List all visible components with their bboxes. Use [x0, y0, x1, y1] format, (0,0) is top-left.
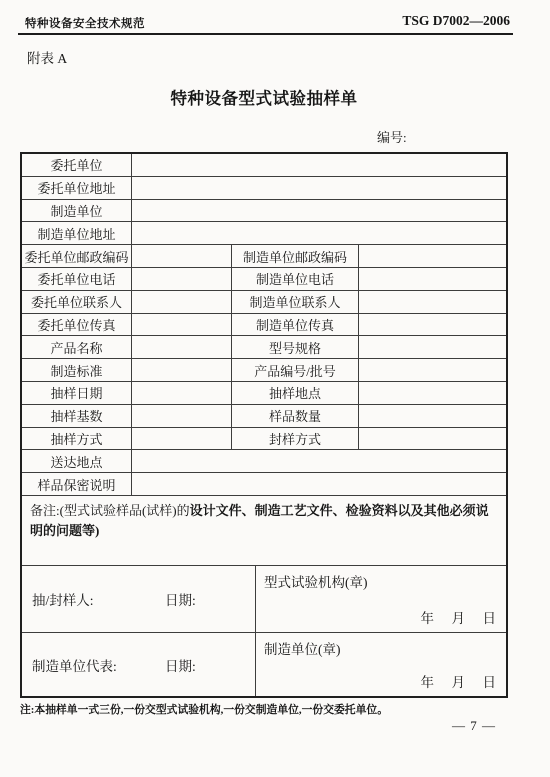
- remark-row: 备注:(型式试验样品(试样)的设计文件、制造工艺文件、检验资料以及其他必须说明的…: [22, 496, 506, 566]
- manufacturer-stamp-cell: 制造单位(章) 年 月 日: [256, 633, 506, 696]
- remark-prefix: 备注:(型式试验样品(试样)的: [30, 503, 190, 518]
- table-row: 送达地点: [22, 450, 506, 473]
- table-row: 样品保密说明: [22, 473, 506, 496]
- row-value-field: [132, 382, 232, 404]
- sampler-label: 抽/封样人:: [32, 589, 94, 609]
- row-label: 抽样地点: [232, 382, 359, 404]
- spec-title: 特种设备安全技术规范: [25, 15, 145, 31]
- date-ymd-fields: 年 月 日: [421, 671, 499, 691]
- row-value-field: [132, 405, 232, 427]
- page-number: — 7 —: [452, 718, 496, 734]
- row-label: 型号规格: [232, 336, 359, 358]
- row-value-field: [359, 245, 506, 267]
- test-org-stamp-cell: 型式试验机构(章) 年 月 日: [256, 566, 506, 632]
- appendix-label: 附表 A: [27, 47, 67, 67]
- row-value-field: [359, 268, 506, 290]
- manufacturer-rep-cell: 制造单位代表: 日期:: [22, 633, 256, 696]
- row-label: 抽样日期: [22, 382, 132, 404]
- table-row: 委托单位邮政编码 制造单位邮政编码: [22, 245, 506, 268]
- sampler-date-label: 日期:: [165, 589, 196, 609]
- table-row: 委托单位联系人 制造单位联系人: [22, 291, 506, 314]
- row-label: 委托单位邮政编码: [22, 245, 132, 267]
- row-value-field: [132, 200, 506, 222]
- sampling-form-table: 委托单位 委托单位地址 制造单位 制造单位地址 委托单位邮政编码 制造单位邮政编…: [20, 152, 508, 698]
- test-org-stamp-label: 型式试验机构(章): [264, 571, 368, 591]
- row-label: 样品数量: [232, 405, 359, 427]
- row-label: 封样方式: [232, 428, 359, 450]
- table-row: 抽样日期 抽样地点: [22, 382, 506, 405]
- row-value-field: [132, 245, 232, 267]
- row-label: 抽样基数: [22, 405, 132, 427]
- row-value-field: [132, 428, 232, 450]
- sampler-signature-row: 抽/封样人: 日期: 型式试验机构(章) 年 月 日: [22, 566, 506, 633]
- row-value-field: [359, 291, 506, 313]
- row-value-field: [132, 473, 506, 495]
- row-label: 委托单位传真: [22, 314, 132, 336]
- row-label: 抽样方式: [22, 428, 132, 450]
- manufacturer-signature-row: 制造单位代表: 日期: 制造单位(章) 年 月 日: [22, 633, 506, 696]
- row-label: 委托单位电话: [22, 268, 132, 290]
- doc-code: TSG D7002—2006: [402, 13, 510, 29]
- row-label: 样品保密说明: [22, 473, 132, 495]
- table-row: 制造单位地址: [22, 222, 506, 245]
- form-number-label: 编号:: [377, 127, 407, 146]
- table-row: 委托单位地址: [22, 177, 506, 200]
- row-value-field: [359, 314, 506, 336]
- row-label: 委托单位联系人: [22, 291, 132, 313]
- table-row: 委托单位电话 制造单位电话: [22, 268, 506, 291]
- row-label: 制造单位邮政编码: [232, 245, 359, 267]
- info-rows: 委托单位 委托单位地址 制造单位 制造单位地址 委托单位邮政编码 制造单位邮政编…: [22, 154, 506, 496]
- row-label: 产品名称: [22, 336, 132, 358]
- row-label: 制造单位电话: [232, 268, 359, 290]
- row-label: 制造单位地址: [22, 222, 132, 244]
- table-row: 抽样方式 封样方式: [22, 428, 506, 451]
- row-label: 送达地点: [22, 450, 132, 472]
- row-label: 委托单位: [22, 154, 132, 176]
- row-value-field: [359, 336, 506, 358]
- table-row: 产品名称 型号规格: [22, 336, 506, 359]
- row-label: 制造单位联系人: [232, 291, 359, 313]
- row-value-field: [132, 154, 506, 176]
- table-row: 制造单位: [22, 200, 506, 223]
- row-value-field: [359, 428, 506, 450]
- row-value-field: [132, 291, 232, 313]
- row-value-field: [359, 359, 506, 381]
- row-label: 制造单位: [22, 200, 132, 222]
- table-row: 委托单位传真 制造单位传真: [22, 314, 506, 337]
- row-label: 制造标准: [22, 359, 132, 381]
- row-value-field: [132, 359, 232, 381]
- manufacturer-stamp-label: 制造单位(章): [264, 638, 341, 658]
- date-ymd-fields: 年 月 日: [421, 607, 499, 627]
- manufacturer-date-label: 日期:: [165, 655, 196, 675]
- row-value-field: [132, 336, 232, 358]
- row-label: 产品编号/批号: [232, 359, 359, 381]
- header-rule: [18, 33, 513, 35]
- manufacturer-rep-label: 制造单位代表:: [32, 655, 117, 675]
- row-value-field: [359, 405, 506, 427]
- table-row: 抽样基数 样品数量: [22, 405, 506, 428]
- table-row: 委托单位: [22, 154, 506, 177]
- row-value-field: [132, 222, 506, 244]
- row-label: 委托单位地址: [22, 177, 132, 199]
- table-row: 制造标准 产品编号/批号: [22, 359, 506, 382]
- row-value-field: [132, 450, 506, 472]
- row-label: 制造单位传真: [232, 314, 359, 336]
- distribution-note: 注:本抽样单一式三份,一份交型式试验机构,一份交制造单位,一份交委托单位。: [20, 702, 388, 717]
- row-value-field: [132, 268, 232, 290]
- sampler-signature-cell: 抽/封样人: 日期:: [22, 566, 256, 632]
- row-value-field: [132, 314, 232, 336]
- row-value-field: [359, 382, 506, 404]
- page-title: 特种设备型式试验抽样单: [20, 85, 508, 109]
- row-value-field: [132, 177, 506, 199]
